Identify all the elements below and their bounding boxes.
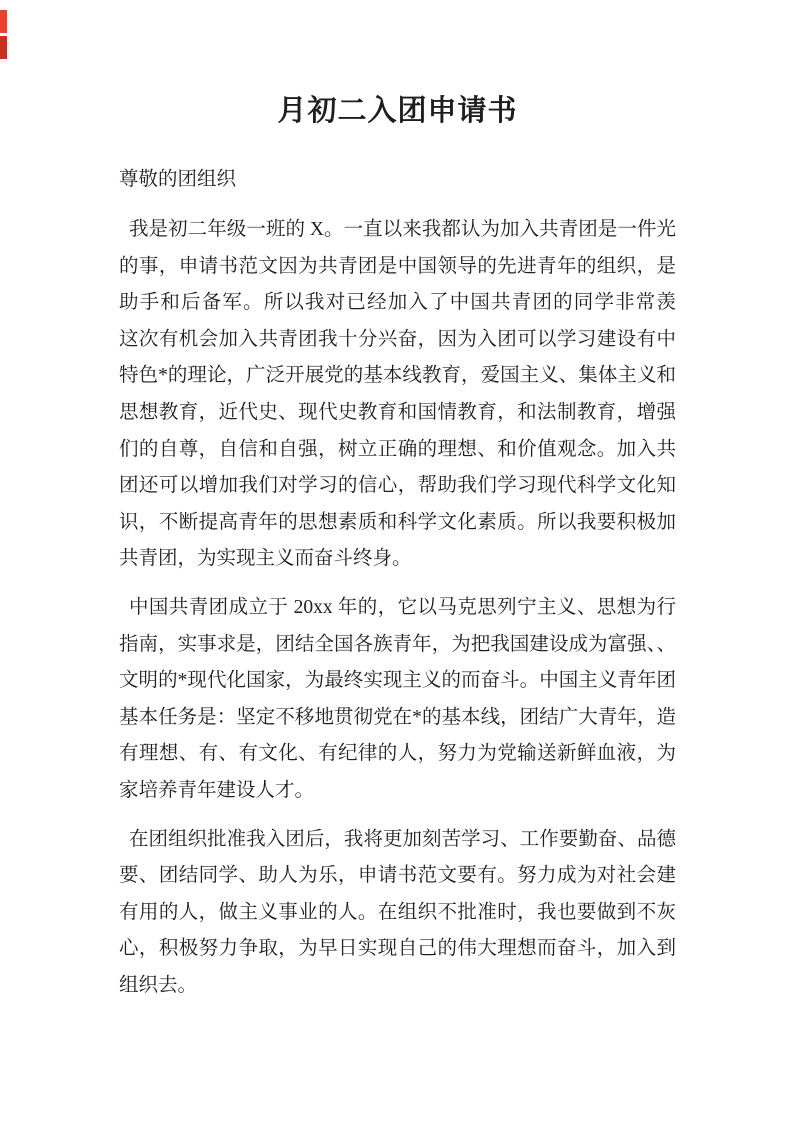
paragraph-1: 我是初二年级一班的 X。一直以来我都认为加入共青团是一件光荣的事，申请书范文因为… bbox=[119, 212, 676, 578]
text-line: 心，积极努力争取，为早日实现自己的伟大理想而奋斗，加入到团 bbox=[119, 931, 676, 968]
document-body: 我是初二年级一班的 X。一直以来我都认为加入共青团是一件光荣的事，申请书范文因为… bbox=[119, 212, 676, 1004]
text-line: 思想教育，近代史、现代史教育和国情教育，和法制教育，增强我 bbox=[119, 395, 676, 432]
text-line: 特色*的理论，广泛开展党的基本线教育，爱国主义、集体主义和* bbox=[119, 358, 676, 395]
text-line: 们的自尊，自信和自强，树立正确的理想、和价值观念。加入共青 bbox=[119, 432, 676, 469]
text-line: 识，不断提高青年的思想素质和科学文化素质。所以我要积极加入 bbox=[119, 505, 676, 542]
text-line: 组织去。 bbox=[119, 968, 676, 1005]
text-line: 有理想、有、有文化、有纪律的人，努力为党输送新鲜血液，为国 bbox=[119, 736, 676, 773]
paragraph-3: 在团组织批准我入团后，我将更加刻苦学习、工作要勤奋、品德要、团结同学、助人为乐，… bbox=[119, 822, 676, 1005]
text-line: 要、团结同学、助人为乐，申请书范文要有。努力成为对社会建设 bbox=[119, 858, 676, 895]
text-line: 中国共青团成立于 20xx 年的，它以马克思列宁主义、思想为行动 bbox=[119, 590, 676, 627]
paragraph-2: 中国共青团成立于 20xx 年的，它以马克思列宁主义、思想为行动指南，实事求是，… bbox=[119, 590, 676, 810]
text-line: 助手和后备军。所以我对已经加入了中国共青团的同学非常羡慕。 bbox=[119, 285, 676, 322]
text-line: 指南，实事求是，团结全国各族青年，为把我国建设成为富强、、 bbox=[119, 627, 676, 664]
red-edge-mark-bottom bbox=[0, 36, 7, 59]
document-content: 月初二入团申请书 尊敬的团组织 我是初二年级一班的 X。一直以来我都认为加入共青… bbox=[119, 0, 676, 1004]
page-edge-marks bbox=[0, 0, 10, 70]
text-line: 有用的人，做主义事业的人。在组织不批准时，我也要做到不灰 bbox=[119, 895, 676, 932]
text-line: 基本任务是：坚定不移地贯彻党在*的基本线，团结广大青年，造就 bbox=[119, 700, 676, 737]
document-title: 月初二入团申请书 bbox=[119, 92, 676, 130]
text-line: 共青团，为实现主义而奋斗终身。 bbox=[119, 541, 676, 578]
text-line: 的事，申请书范文因为共青团是中国领导的先进青年的组织，是的 bbox=[119, 249, 676, 286]
document-page: 月初二入团申请书 尊敬的团组织 我是初二年级一班的 X。一直以来我都认为加入共青… bbox=[0, 0, 793, 1122]
text-line: 这次有机会加入共青团我十分兴奋，因为入团可以学习建设有中国 bbox=[119, 322, 676, 359]
red-edge-mark-top bbox=[0, 10, 7, 33]
text-line: 团还可以增加我们对学习的信心，帮助我们学习现代科学文化知 bbox=[119, 468, 676, 505]
text-line: 在团组织批准我入团后，我将更加刻苦学习、工作要勤奋、品德 bbox=[119, 822, 676, 859]
text-line: 家培养青年建设人才。 bbox=[119, 773, 676, 810]
salutation: 尊敬的团组织 bbox=[119, 161, 676, 198]
text-line: 文明的*现代化国家，为最终实现主义的而奋斗。中国主义青年团的 bbox=[119, 663, 676, 700]
text-line: 我是初二年级一班的 X。一直以来我都认为加入共青团是一件光荣 bbox=[119, 212, 676, 249]
